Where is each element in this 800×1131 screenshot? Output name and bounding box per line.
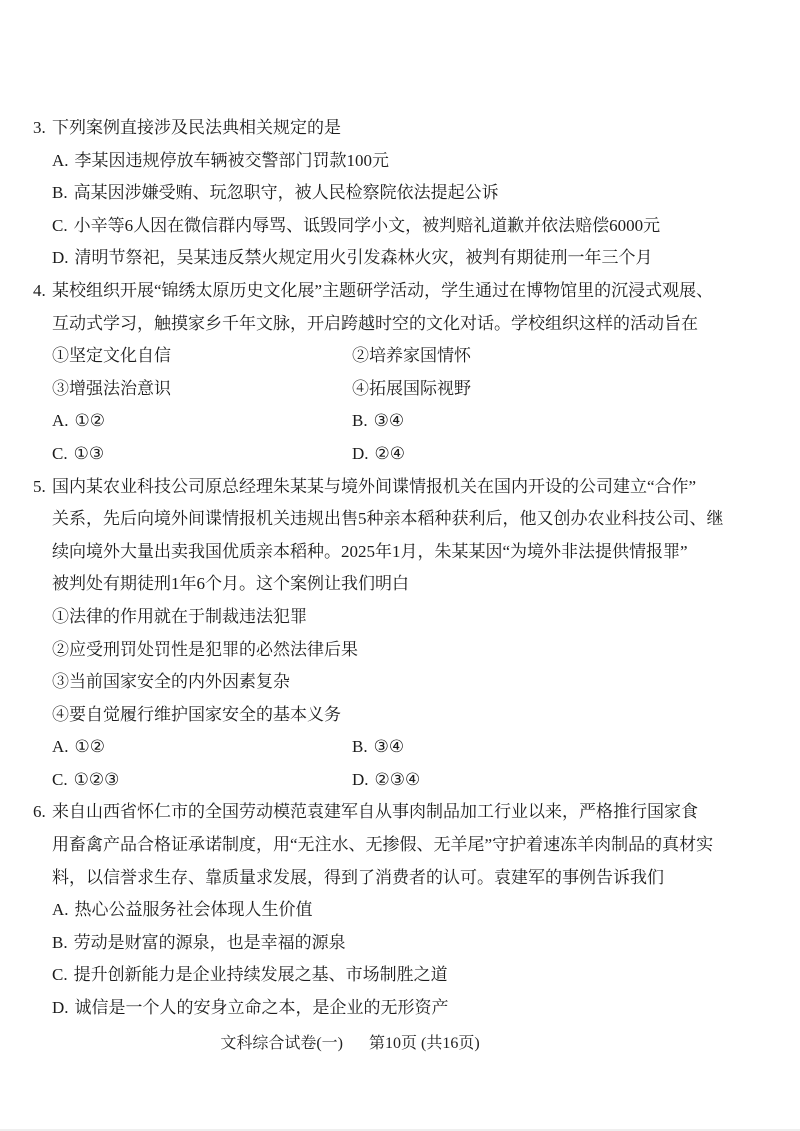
statement-label: ② xyxy=(52,640,69,659)
choice-text: ①②③ xyxy=(74,770,120,789)
statement-text: 当前国家安全的内外因素复杂 xyxy=(69,672,290,691)
question-3-choice-a: A.李某因违规停放车辆被交警部门罚款100元 xyxy=(33,145,772,178)
question-4-choice-c: C.①③ xyxy=(52,438,352,471)
statement-label: ④ xyxy=(52,705,69,724)
question-5-choice-c: C.①②③ xyxy=(52,764,352,797)
statement-2: ②培养家国情怀 xyxy=(352,340,772,373)
choice-text: 热心公益服务社会体现人生价值 xyxy=(75,900,313,919)
question-4-stem-line: 4.某校组织开展“锦绣太原历史文化展”主题研学活动，学生通过在博物馆里的沉浸式观… xyxy=(33,275,772,308)
statement-label: ④ xyxy=(352,379,369,398)
statement-4: ④拓展国际视野 xyxy=(352,373,772,406)
question-5: 5.国内某农业科技公司原总经理朱某某与境外间谍情报机关在国内开设的公司建立“合作… xyxy=(33,471,772,797)
question-3-stem-text: 下列案例直接涉及民法典相关规定的是 xyxy=(52,118,341,137)
question-5-stem-text: 国内某农业科技公司原总经理朱某某与境外间谍情报机关在国内开设的公司建立“合作” xyxy=(52,477,696,496)
question-4-stem-text: 某校组织开展“锦绣太原历史文化展”主题研学活动，学生通过在博物馆里的沉浸式观展、 xyxy=(52,281,713,300)
statement-text: 要自觉履行维护国家安全的基本义务 xyxy=(69,705,341,724)
question-4-choice-row: A.①② B.③④ xyxy=(33,405,772,438)
question-6-stem-line: 用畜禽产品合格证承诺制度，用“无注水、无掺假、无羊尾”守护着速冻羊肉制品的真材实 xyxy=(33,829,772,862)
question-5-stem-line: 关系，先后向境外间谍情报机关违规出售5种亲本稻种获利后，他又创办农业科技公司、继 xyxy=(33,503,772,536)
choice-label: B. xyxy=(352,411,368,430)
statement-text: 培养家国情怀 xyxy=(369,346,471,365)
choice-label: A. xyxy=(52,737,69,756)
statement-3: ③增强法治意识 xyxy=(52,373,352,406)
statement-label: ① xyxy=(52,607,69,626)
choice-text: 提升创新能力是企业持续发展之基、市场制胜之道 xyxy=(74,965,448,984)
question-6-choice-b: B.劳动是财富的源泉，也是幸福的源泉 xyxy=(33,927,772,960)
choice-text: 诚信是一个人的安身立命之本，是企业的无形资产 xyxy=(75,998,449,1017)
question-4: 4.某校组织开展“锦绣太原历史文化展”主题研学活动，学生通过在博物馆里的沉浸式观… xyxy=(33,275,772,471)
choice-label: C. xyxy=(52,444,68,463)
choice-text: 李某因违规停放车辆被交警部门罚款100元 xyxy=(75,151,390,170)
question-5-stem-line: 被判处有期徒刑1年6个月。这个案例让我们明白 xyxy=(33,568,772,601)
question-6-choice-a: A.热心公益服务社会体现人生价值 xyxy=(33,894,772,927)
statement-text: 增强法治意识 xyxy=(69,379,171,398)
choice-label: C. xyxy=(52,770,68,789)
choice-label: D. xyxy=(352,770,369,789)
question-5-number: 5. xyxy=(33,471,52,504)
statement-text: 法律的作用就在于制裁违法犯罪 xyxy=(69,607,307,626)
choice-label: D. xyxy=(52,998,69,1017)
question-4-choice-row: C.①③ D.②④ xyxy=(33,438,772,471)
choice-label: C. xyxy=(52,965,68,984)
question-6-stem-text: 用畜禽产品合格证承诺制度，用“无注水、无掺假、无羊尾”守护着速冻羊肉制品的真材实 xyxy=(52,835,713,854)
statement-text: 应受刑罚处罚性是犯罪的必然法律后果 xyxy=(69,640,358,659)
statement-label: ③ xyxy=(52,379,69,398)
choice-text: ①② xyxy=(75,737,105,756)
question-6-choice-c: C.提升创新能力是企业持续发展之基、市场制胜之道 xyxy=(33,959,772,992)
question-5-statement-1: ①法律的作用就在于制裁违法犯罪 xyxy=(33,601,772,634)
choice-text: ②④ xyxy=(375,444,405,463)
question-5-statement-2: ②应受刑罚处罚性是犯罪的必然法律后果 xyxy=(33,634,772,667)
question-6-choice-d: D.诚信是一个人的安身立命之本，是企业的无形资产 xyxy=(33,992,772,1025)
choice-text: ①② xyxy=(75,411,105,430)
question-4-stem-line: 互动式学习，触摸家乡千年文脉，开启跨越时空的文化对话。学校组织这样的活动旨在 xyxy=(33,308,772,341)
question-4-stem-text: 互动式学习，触摸家乡千年文脉，开启跨越时空的文化对话。学校组织这样的活动旨在 xyxy=(52,314,698,333)
question-4-choice-b: B.③④ xyxy=(352,405,772,438)
question-5-stem-text: 关系，先后向境外间谍情报机关违规出售5种亲本稻种获利后，他又创办农业科技公司、继 xyxy=(52,509,724,528)
page-footer: 文科综合试卷(一)第10页 (共16页) xyxy=(0,1032,700,1056)
question-6-number: 6. xyxy=(33,796,52,829)
footer-paper-title: 文科综合试卷(一) xyxy=(220,1035,343,1052)
exam-content: 3.下列案例直接涉及民法典相关规定的是 A.李某因违规停放车辆被交警部门罚款10… xyxy=(0,0,800,1025)
choice-label: B. xyxy=(52,183,68,202)
question-6-stem-line: 料，以信誉求生存、靠质量求发展，得到了消费者的认可。袁建军的事例告诉我们 xyxy=(33,862,772,895)
question-6-stem-text: 来自山西省怀仁市的全国劳动模范袁建军自从事肉制品加工行业以来，严格推行国家食 xyxy=(52,802,698,821)
choice-text: 劳动是财富的源泉，也是幸福的源泉 xyxy=(74,933,346,952)
question-3-number: 3. xyxy=(33,112,52,145)
choice-text: ②③④ xyxy=(375,770,421,789)
question-5-choice-row: A.①② B.③④ xyxy=(33,731,772,764)
question-5-choice-row: C.①②③ D.②③④ xyxy=(33,764,772,797)
question-4-choice-a: A.①② xyxy=(52,405,352,438)
question-3: 3.下列案例直接涉及民法典相关规定的是 A.李某因违规停放车辆被交警部门罚款10… xyxy=(33,112,772,275)
choice-label: B. xyxy=(352,737,368,756)
choice-label: A. xyxy=(52,900,69,919)
statement-text: 拓展国际视野 xyxy=(369,379,471,398)
statement-1: ①坚定文化自信 xyxy=(52,340,352,373)
question-5-statement-3: ③当前国家安全的内外因素复杂 xyxy=(33,666,772,699)
question-5-stem-line: 续向境外大量出卖我国优质亲本稻种。2025年1月，朱某某因“为境外非法提供情报罪… xyxy=(33,536,772,569)
question-3-choice-c: C.小辛等6人因在微信群内辱骂、诋毁同学小文，被判赔礼道歉并依法赔偿6000元 xyxy=(33,210,772,243)
question-5-statement-4: ④要自觉履行维护国家安全的基本义务 xyxy=(33,699,772,732)
question-6-stem-line: 6.来自山西省怀仁市的全国劳动模范袁建军自从事肉制品加工行业以来，严格推行国家食 xyxy=(33,796,772,829)
question-4-statement-row: ①坚定文化自信 ②培养家国情怀 xyxy=(33,340,772,373)
choice-label: B. xyxy=(52,933,68,952)
choice-text: ①③ xyxy=(74,444,104,463)
question-3-stem-line: 3.下列案例直接涉及民法典相关规定的是 xyxy=(33,112,772,145)
statement-label: ② xyxy=(352,346,369,365)
choice-label: D. xyxy=(352,444,369,463)
question-3-choice-b: B.高某因涉嫌受贿、玩忽职守，被人民检察院依法提起公诉 xyxy=(33,177,772,210)
question-4-choice-d: D.②④ xyxy=(352,438,772,471)
choice-label: A. xyxy=(52,151,69,170)
question-6-stem-text: 料，以信誉求生存、靠质量求发展，得到了消费者的认可。袁建军的事例告诉我们 xyxy=(52,868,664,887)
choice-text: ③④ xyxy=(374,737,404,756)
question-5-stem-line: 5.国内某农业科技公司原总经理朱某某与境外间谍情报机关在国内开设的公司建立“合作… xyxy=(33,471,772,504)
choice-label: C. xyxy=(52,216,68,235)
choice-text: 小辛等6人因在微信群内辱骂、诋毁同学小文，被判赔礼道歉并依法赔偿6000元 xyxy=(74,216,661,235)
statement-text: 坚定文化自信 xyxy=(69,346,171,365)
choice-label: A. xyxy=(52,411,69,430)
question-4-statement-row: ③增强法治意识 ④拓展国际视野 xyxy=(33,373,772,406)
question-4-number: 4. xyxy=(33,275,52,308)
choice-text: 清明节祭祀，吴某违反禁火规定用火引发森林火灾，被判有期徒刑一年三个月 xyxy=(75,248,653,267)
question-5-choice-a: A.①② xyxy=(52,731,352,764)
question-5-choice-d: D.②③④ xyxy=(352,764,772,797)
question-5-choice-b: B.③④ xyxy=(352,731,772,764)
statement-label: ① xyxy=(52,346,69,365)
choice-text: ③④ xyxy=(374,411,404,430)
choice-label: D. xyxy=(52,248,69,267)
statement-label: ③ xyxy=(52,672,69,691)
question-3-choice-d: D.清明节祭祀，吴某违反禁火规定用火引发森林火灾，被判有期徒刑一年三个月 xyxy=(33,242,772,275)
question-5-stem-text: 被判处有期徒刑1年6个月。这个案例让我们明白 xyxy=(52,574,409,593)
question-6: 6.来自山西省怀仁市的全国劳动模范袁建军自从事肉制品加工行业以来，严格推行国家食… xyxy=(33,796,772,1024)
exam-page: 3.下列案例直接涉及民法典相关规定的是 A.李某因违规停放车辆被交警部门罚款10… xyxy=(0,0,800,1131)
question-5-stem-text: 续向境外大量出卖我国优质亲本稻种。2025年1月，朱某某因“为境外非法提供情报罪… xyxy=(52,542,688,561)
footer-page-number: 第10页 (共16页) xyxy=(369,1035,480,1052)
choice-text: 高某因涉嫌受贿、玩忽职守，被人民检察院依法提起公诉 xyxy=(74,183,499,202)
